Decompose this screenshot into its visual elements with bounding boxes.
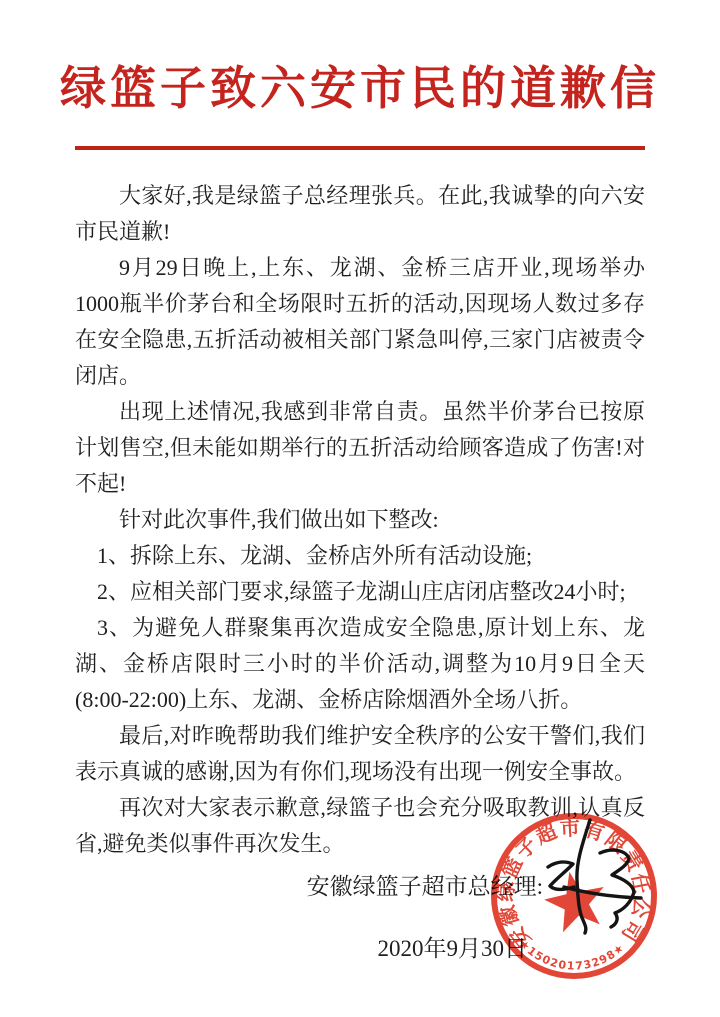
- apology-letter-page: 绿篮子致六安市民的道歉信 大家好,我是绿篮子总经理张兵。在此,我诚挚的向六安市民…: [0, 0, 720, 1017]
- paragraph: 出现上述情况,我感到非常自责。虽然半价茅台已按原计划售空,但未能如期举行的五折活…: [75, 394, 645, 502]
- paragraph: 3、为避免人群聚集再次造成安全隐患,原计划上东、龙湖、金桥店限时三小时的半价活动…: [75, 610, 645, 718]
- paragraph: 9月29日晚上,上东、龙湖、金桥三店开业,现场举办1000瓶半价茅台和全场限时五…: [75, 250, 645, 394]
- letter-body: 大家好,我是绿篮子总经理张兵。在此,我诚挚的向六安市民道歉!9月29日晚上,上东…: [75, 178, 645, 862]
- paragraph: 1、拆除上东、龙湖、金桥店外所有活动设施;: [75, 538, 645, 574]
- title-divider: [75, 146, 645, 150]
- company-seal: 安徽绿篮子超市有限责任公司 ★15020173298★: [484, 806, 664, 986]
- paragraph: 大家好,我是绿篮子总经理张兵。在此,我诚挚的向六安市民道歉!: [75, 178, 645, 250]
- paragraph: 针对此次事件,我们做出如下整改:: [75, 502, 645, 538]
- paragraph: 最后,对昨晚帮助我们维护安全秩序的公安干警们,我们表示真诚的感谢,因为有你们,现…: [75, 718, 645, 790]
- page-title: 绿篮子致六安市民的道歉信: [0, 66, 720, 112]
- paragraph: 2、应相关部门要求,绿篮子龙湖山庄店闭店整改24小时;: [75, 574, 645, 610]
- signature-label: 安徽绿篮子超市总经理:: [0, 869, 543, 905]
- seal-stamp: 安徽绿篮子超市有限责任公司 ★15020173298★: [494, 816, 655, 976]
